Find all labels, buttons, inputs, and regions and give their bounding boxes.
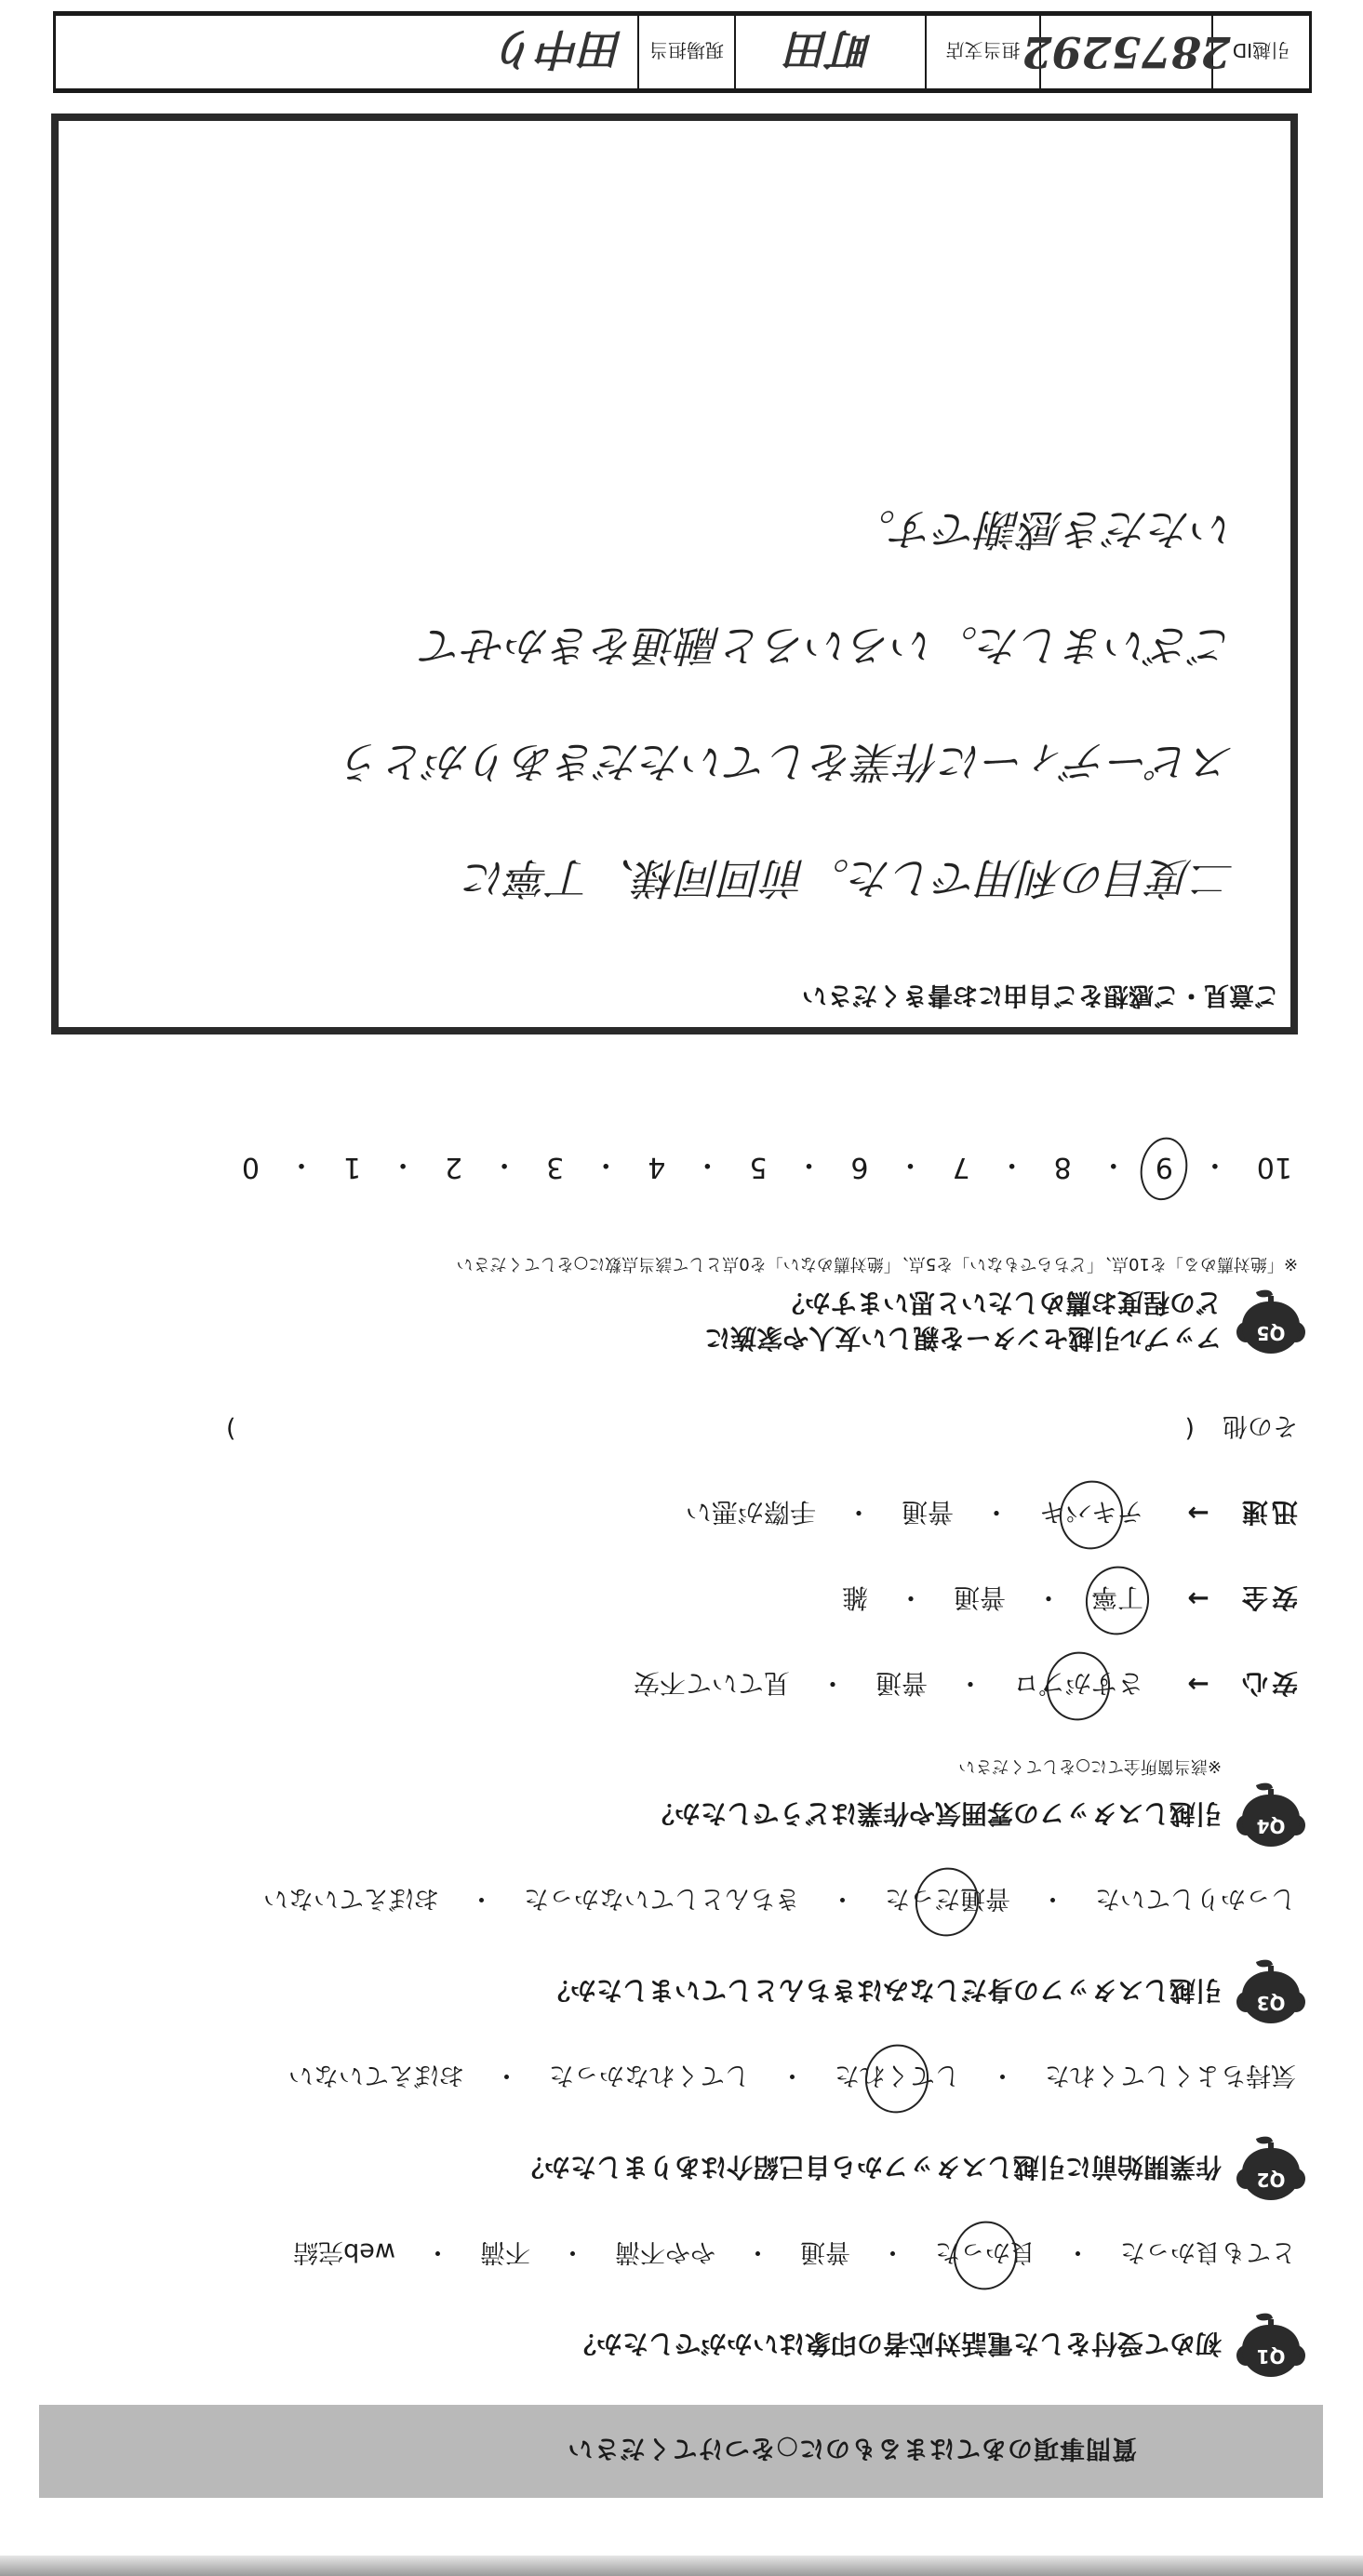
site-staff-value[interactable]: 田中り (496, 21, 624, 83)
score-8[interactable]: 8 (1049, 1152, 1077, 1184)
apple-q4-icon: Q4 (1235, 1776, 1307, 1850)
q1-option-web[interactable]: web完結 (289, 2236, 399, 2273)
q1-options: とても良かった ・ 良かった ・ 普通 ・ やや不満 ・ 不満 ・ web完結 (42, 2236, 1300, 2273)
scan-edge-shadow (0, 2556, 1363, 2576)
move-id-value[interactable]: 2875292 (1022, 27, 1230, 77)
q2-option-pleasant[interactable]: 気持ちよくしてくれた (1041, 2060, 1300, 2096)
q4-anshin-option-pro-selected[interactable]: さすがプロ (1009, 1666, 1147, 1703)
q3-option-normal-selected[interactable]: 普通だった (881, 1883, 1014, 1919)
header-info-table: 引越ID 2875292 担当支店 町田 現場担当 田中り (53, 11, 1312, 93)
apple-q2-icon: Q2 (1235, 2129, 1307, 2204)
site-staff-label-cell: 現場担当 (637, 16, 734, 88)
score-7[interactable]: 7 (947, 1152, 976, 1184)
q1-option-good-selected[interactable]: 良かった (931, 2236, 1039, 2273)
q4-row-anshin: 安心 → さすがプロ ・ 普通 ・ 見ていて不安 (42, 1642, 1298, 1728)
score-10[interactable]: 10 (1251, 1152, 1298, 1184)
questionnaire-sheet: 質問事項のあてはまるものに○をつけてください Q1 初めて受付をした電話対応者の… (0, 0, 1363, 2576)
comment-line: いただき感謝です。 (118, 471, 1235, 587)
apple-q3-icon: Q3 (1235, 1953, 1307, 2027)
q3-options: しっかりしていた ・ 普通だった ・ きちんとしていなかった ・ おぼえていない (42, 1883, 1300, 1919)
comment-line: スピーディーに作業をしていただきありがとう (118, 703, 1235, 820)
question-q3: Q3 引越しスタッフの身だしなみはきちんとしていましたか？ しっかりしていた ・… (42, 1883, 1307, 2027)
q4-row-anzen: 安全 → 丁寧 ・ 普通 ・ 雑 (42, 1556, 1298, 1642)
score-5[interactable]: 5 (743, 1152, 772, 1184)
q4-jinsoku-option-clumsy[interactable]: 手際が悪い (682, 1495, 820, 1532)
q2-options: 気持ちよくしてくれた ・ してくれた ・ してくれなかった ・ おぼえていない (42, 2060, 1300, 2096)
comment-box[interactable]: ご意見・ご感想をご自由にお書きください 二度目の利用でした。前回同様、丁寧に ス… (51, 113, 1298, 1034)
q3-option-not-neat[interactable]: きちんとしていなかった (520, 1883, 804, 1919)
q1-option-normal[interactable]: 普通 (796, 2236, 854, 2273)
q4-anzen-option-careful-selected[interactable]: 丁寧 (1088, 1581, 1147, 1618)
comment-title: ご意見・ご感想をご自由にお書きください (802, 980, 1279, 1016)
arrow-icon: → (1166, 1499, 1231, 1529)
q4-title: 引越しスタッフの雰囲気や作業はどうでしたか？ (648, 1795, 1222, 1831)
move-id-value-cell: 2875292 (1039, 16, 1211, 88)
score-4[interactable]: 4 (642, 1152, 671, 1184)
q5-score-scale: 10 ・ 9 ・ 8 ・ 7 ・ 6 ・ 5 ・ 4 ・ 3 ・ 2 ・ 1 ・… (42, 1147, 1298, 1188)
question-q2: Q2 作業開始前に引越しスタッフから自己紹介はありましたか？ 気持ちよくしてくれ… (42, 2060, 1307, 2204)
q3-title: 引越しスタッフの身だしなみはきちんとしていましたか？ (544, 1972, 1222, 2008)
question-q5: Q5 アップル引越センターを親しい友人や家族に どの程度お薦めしたいと思いますか… (42, 1147, 1307, 1357)
score-6[interactable]: 6 (845, 1152, 874, 1184)
q4-anshin-option-normal[interactable]: 普通 (872, 1666, 931, 1703)
q3-option-dont-remember[interactable]: おぼえていない (260, 1883, 443, 1919)
branch-value-cell: 町田 (734, 16, 925, 88)
q4-jinsoku-option-normal[interactable]: 普通 (898, 1495, 957, 1532)
score-9-selected[interactable]: 9 (1150, 1152, 1179, 1184)
q4-other-row: その他 ( ) (42, 1387, 1298, 1471)
comment-line: ございました。いろいろと融通をきかせて (118, 587, 1235, 703)
q2-option-yes-selected[interactable]: してくれた (831, 2060, 964, 2096)
q1-option-very-good[interactable]: とても良かった (1116, 2236, 1300, 2273)
q4-other-label: その他 (1223, 1411, 1298, 1448)
score-1[interactable]: 1 (338, 1152, 367, 1184)
q4-jinsoku-option-quick-selected[interactable]: テキパキ (1036, 1495, 1147, 1532)
score-2[interactable]: 2 (439, 1152, 468, 1184)
q2-option-no[interactable]: してくれなかった (545, 2060, 754, 2096)
apple-q1-icon: Q1 (1235, 2306, 1307, 2381)
branch-value[interactable]: 町田 (788, 21, 874, 83)
q3-option-neat[interactable]: しっかりしていた (1091, 1883, 1300, 1919)
q2-option-dont-remember[interactable]: おぼえていない (285, 2060, 468, 2096)
q1-option-slightly-unsatisfied[interactable]: やや不満 (611, 2236, 719, 2273)
comment-line: 二度目の利用でした。前回同様、丁寧に (118, 820, 1235, 936)
q1-title: 初めて受付をした電話対応者の印象はいかがでしたか？ (570, 2326, 1222, 2361)
score-3[interactable]: 3 (541, 1152, 569, 1184)
q4-row-jinsoku: 迅速 → テキパキ ・ 普通 ・ 手際が悪い (42, 1471, 1298, 1556)
question-q4: Q4 引越しスタッフの雰囲気や作業はどうでしたか？ ※該当箇所全てに○をしてくだ… (42, 1387, 1307, 1850)
arrow-icon: → (1166, 1584, 1231, 1615)
branch-label-cell: 担当支店 (925, 16, 1039, 88)
site-staff-value-cell: 田中り (56, 16, 637, 88)
q2-title: 作業開始前に引越しスタッフから自己紹介はありましたか？ (518, 2149, 1222, 2184)
arrow-icon: → (1166, 1670, 1231, 1701)
instruction-banner: 質問事項のあてはまるものに○をつけてください (39, 2405, 1323, 2498)
q4-anzen-option-rough[interactable]: 雑 (838, 1581, 872, 1618)
instruction-text: 質問事項のあてはまるものに○をつけてください (567, 2434, 1137, 2470)
q4-anzen-option-normal[interactable]: 普通 (950, 1581, 1009, 1618)
q4-note: ※該当箇所全てに○をしてください (42, 1755, 1222, 1780)
score-0[interactable]: 0 (236, 1152, 265, 1184)
q4-anshin-option-worried[interactable]: 見ていて不安 (630, 1666, 794, 1703)
handwritten-comment: 二度目の利用でした。前回同様、丁寧に スピーディーに作業をしていただきありがとう… (118, 471, 1235, 936)
q5-note: ※「絶対薦める」を10点、「どちらでもない」を5点、「絶対薦めない」を0点として… (42, 1253, 1298, 1277)
q1-option-unsatisfied[interactable]: 不満 (476, 2236, 534, 2273)
q5-title-line1: アップル引越センターを親しい友人や家族に (704, 1320, 1222, 1355)
q5-title-line2: どの程度お薦めしたいと思いますか？ (704, 1285, 1222, 1320)
question-q1: Q1 初めて受付をした電話対応者の印象はいかがでしたか？ とても良かった ・ 良… (42, 2236, 1307, 2381)
apple-q5-icon: Q5 (1235, 1283, 1307, 1357)
